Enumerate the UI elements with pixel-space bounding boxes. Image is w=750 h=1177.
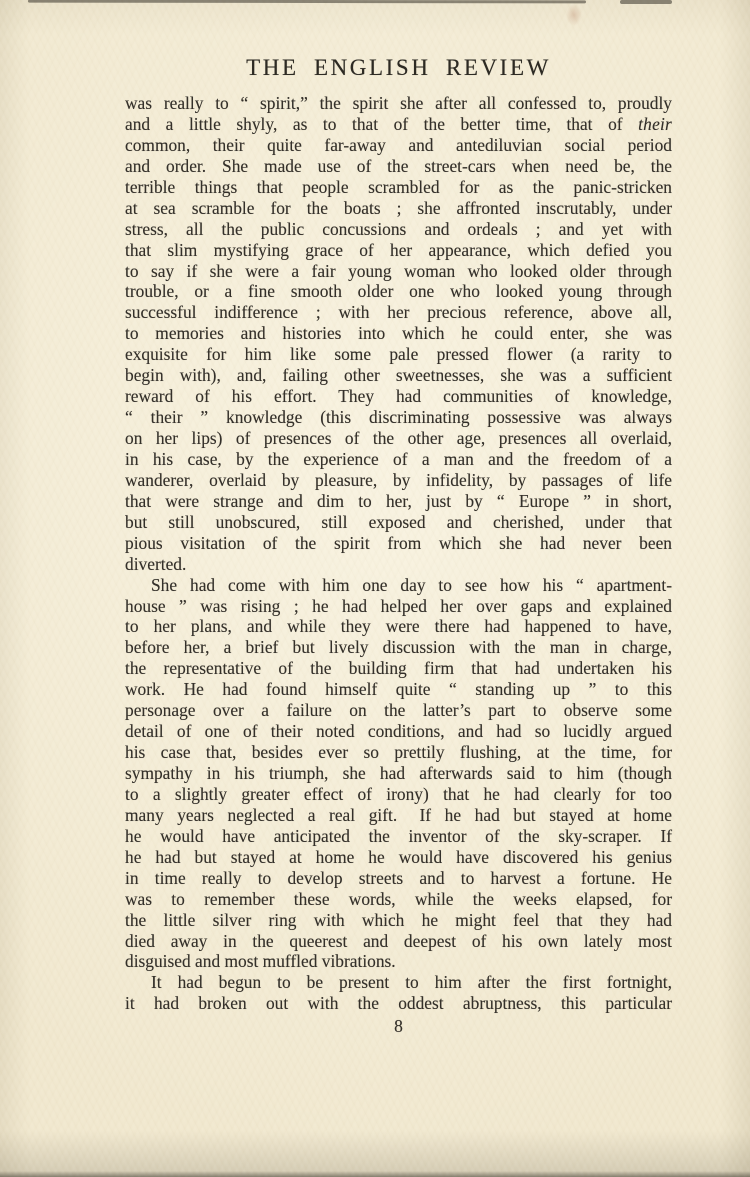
text-line: the representative of the building firm … [125, 658, 672, 679]
text-line: was really to “ spirit,” the spirit she … [125, 93, 672, 114]
page-number: 8 [125, 1015, 672, 1037]
text-line: to her plans, and while they were there … [125, 616, 672, 637]
text-line: in his case, by the experience of a man … [125, 449, 672, 470]
text-line: in time really to develop streets and to… [125, 868, 672, 889]
text-line: sympathy in his triumph, she had afterwa… [125, 763, 672, 784]
text-line: the little silver ring with which he mig… [125, 910, 672, 931]
text-line: work. He had found himself quite “ stand… [125, 679, 672, 700]
text-line: disguised and most muffled vibrations. [125, 951, 672, 972]
scan-edge-artifact-bottom [0, 1171, 750, 1177]
text-line: on her lips) of presences of the other a… [125, 428, 672, 449]
text-line: before her, a brief but lively discussio… [125, 637, 672, 658]
text-line: died away in the queerest and deepest of… [125, 931, 672, 952]
text-line: It had begun to be present to him after … [125, 972, 672, 993]
paragraph: was really to “ spirit,” the spirit she … [125, 93, 672, 575]
text-line: he would have anticipated the inventor o… [125, 826, 672, 847]
text-line: terrible things that people scrambled fo… [125, 177, 672, 198]
text-line: that slim mystifying grace of her appear… [125, 240, 672, 261]
paper-stain [566, 4, 582, 26]
text-line: at sea scramble for the boats ; she affr… [125, 198, 672, 219]
text-line: diverted. [125, 554, 672, 575]
text-line: he had but stayed at home he would have … [125, 847, 672, 868]
text-line: pious visitation of the spirit from whic… [125, 533, 672, 554]
text-line: begin with), and, failing other sweetnes… [125, 365, 672, 386]
journal-title: THE ENGLISH REVIEW [125, 54, 672, 82]
page-body: was really to “ spirit,” the spirit she … [125, 93, 672, 1014]
text-line: “ their ” knowledge (this discriminating… [125, 407, 672, 428]
text-line: common, their quite far-away and antedil… [125, 135, 672, 156]
text-line: trouble, or a fine smooth older one who … [125, 281, 672, 302]
text-line: and order. She made use of the street-ca… [125, 156, 672, 177]
text-line: wanderer, overlaid by pleasure, by infid… [125, 470, 672, 491]
text-line: many years neglected a real gift. If he … [125, 805, 672, 826]
text-line: house ” was rising ; he had helped her o… [125, 596, 672, 617]
text-line: successful indifference ; with her preci… [125, 302, 672, 323]
text-line: detail of one of their noted conditions,… [125, 721, 672, 742]
text-line: and a little shyly, as to that of the be… [125, 114, 672, 135]
paragraph: She had come with him one day to see how… [125, 575, 672, 973]
text-line: She had come with him one day to see how… [125, 575, 672, 596]
text-line: to a slightly greater effect of irony) t… [125, 784, 672, 805]
text-line: personage over a failure on the latter’s… [125, 700, 672, 721]
text-line: but still unobscured, still exposed and … [125, 512, 672, 533]
text-line: stress, all the public concussions and o… [125, 219, 672, 240]
text-line: was to remember these words, while the w… [125, 889, 672, 910]
text-line: his case that, besides ever so prettily … [125, 742, 672, 763]
text-line: exquisite for him like some pale pressed… [125, 344, 672, 365]
text-line: reward of his effort. They had communiti… [125, 386, 672, 407]
text-line: that were strange and dim to her, just b… [125, 491, 672, 512]
text-line: to memories and histories into which he … [125, 323, 672, 344]
scan-edge-artifact-top-right [620, 0, 672, 4]
text-line: it had broken out with the oddest abrupt… [125, 993, 672, 1014]
text-line: to say if she were a fair young woman wh… [125, 261, 672, 282]
paragraph: It had begun to be present to him after … [125, 972, 672, 1014]
